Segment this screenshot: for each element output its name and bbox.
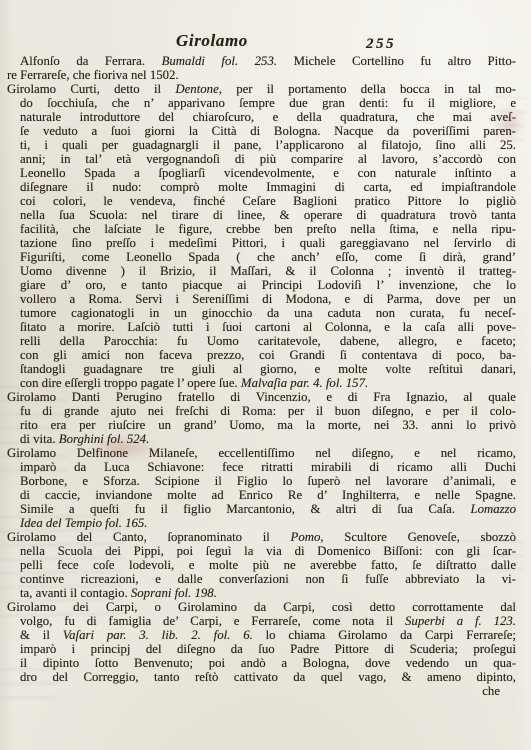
- text-run: ta, avanti il contagio.: [20, 586, 131, 600]
- text-line: Girolamo Curti, detto il Dentone, per il…: [7, 82, 516, 96]
- text-line: ta, avanti il contagio. Soprani fol. 198…: [7, 586, 516, 600]
- text-run: nella ſua Scuola: nel tirare di linee, &…: [20, 208, 516, 222]
- text-line: vollero a Roma. Servì i Sereniſſimi di M…: [7, 292, 516, 306]
- text-run: volgo, fu di famiglia de’ Carpi, e Ferra…: [20, 614, 405, 628]
- text-run: Borbone, e Sforza. Scipione il Figlio lo…: [20, 474, 516, 488]
- text-run: Michele Cortellino fu altro Pitto-: [277, 54, 516, 68]
- text-line: con dire eſſergli troppo pagate l’ opere…: [7, 376, 516, 390]
- text-line: Girolamo del Canto, ſopranominato il Pom…: [7, 530, 516, 544]
- text-line: coi colori, le vendeva, finché Ceſare Ba…: [7, 194, 516, 208]
- text-line: do ſocchiuſa, che n’ apparivano ſempre d…: [7, 96, 516, 110]
- entry-continuation-alfonso-da-ferrara: Alfonſo da Ferrara. Bumaldi fol. 253. Mi…: [7, 54, 516, 82]
- text-run: Girolamo Curti, detto il: [7, 82, 175, 96]
- text-line: Figuriſti, come Leonello Spada ( che anc…: [7, 250, 516, 264]
- text-run: tumore cagionatogli in un ginocchio da u…: [20, 306, 516, 320]
- text-line: re Ferrareſe, che fioriva nel 1502.: [7, 68, 516, 82]
- text-run: diſegnare il nudo: comprò molte Immagini…: [20, 180, 516, 194]
- text-run: con dire eſſergli troppo pagate l’ opere…: [20, 376, 241, 390]
- text-run: coi colori, le vendeva, finché Ceſare Ba…: [20, 194, 516, 208]
- text-run: nella Scuola dei Pippi, poi ſeguì la via…: [20, 544, 516, 558]
- text-line: Borbone, e Sforza. Scipione il Figlio lo…: [7, 474, 516, 488]
- text-run: ſe veduto a ſuoi giorni la Città di Bolo…: [20, 124, 516, 138]
- text-line: ti, i quali per guadagnargli il pane, l’…: [7, 138, 516, 152]
- citation-italic: Dentone: [175, 82, 218, 96]
- text-line: naturale introduttore del chiaroſcuro, e…: [7, 110, 516, 124]
- text-line: relli della Parocchia: fu Uomo caritatev…: [7, 334, 516, 348]
- citation-italic: Malvaſia par. 4. fol. 157.: [241, 376, 368, 390]
- text-line: ſtandogli guadagnare tre giuli al giorno…: [7, 362, 516, 376]
- page-number: 255: [366, 36, 396, 53]
- text-line: Idea del Tempio fol. 165.: [7, 516, 516, 530]
- text-line: tazione ſino preſſo i medeſimi Pittori, …: [7, 236, 516, 250]
- text-run: , Scultore Genoveſe, sbozzò: [320, 530, 516, 544]
- text-run: Girolamo Danti Perugino fratello di Vinc…: [7, 390, 516, 404]
- text-line: Girolamo Delfinone Milaneſe, eccellentiſ…: [7, 446, 516, 460]
- entry-girolamo-del-canto: Girolamo del Canto, ſopranominato il Pom…: [7, 530, 516, 600]
- text-run: di caccie, inviandone molte ad Enrico Re…: [20, 488, 516, 502]
- text-line: fu di grande ajuto nei freſchi di Roma: …: [7, 404, 516, 418]
- text-run: tazione ſino preſſo i medeſimi Pittori, …: [20, 236, 516, 250]
- text-run: ſitato a morire. Laſciò tutti i ſuoi car…: [20, 320, 516, 334]
- text-run: imparò i principj del diſegno da ſuo Pad…: [20, 642, 516, 656]
- text-run: rito era per riuſcire un grand’ Uomo, ma…: [20, 418, 516, 432]
- entry-girolamo-danti: Girolamo Danti Perugino fratello di Vinc…: [7, 390, 516, 446]
- text-run: pelli fece coſe lodevoli, e molte più ne…: [20, 558, 516, 572]
- text-line: di vita. Borghini fol. 524.: [7, 432, 516, 446]
- text-run: Girolamo del Canto, ſopranominato il: [7, 530, 291, 544]
- text-line: nella Scuola dei Pippi, poi ſeguì la via…: [7, 544, 516, 558]
- text-run: lo chiama Girolamo da Carpi Ferrareſe;: [253, 628, 516, 642]
- text-run: Alfonſo da Ferrara.: [20, 54, 162, 68]
- citation-italic: Lomazzo: [470, 502, 516, 516]
- text-line: anni; in tal’ età vergognandoſi di più c…: [7, 152, 516, 166]
- text-line: di caccie, inviandone molte ad Enrico Re…: [7, 488, 516, 502]
- text-line: facilità, che laſciate le figure, crebbe…: [7, 222, 516, 236]
- text-line: Uomo divenne ) il Brizio, il Maſſari, & …: [7, 264, 516, 278]
- text-line: Girolamo Danti Perugino fratello di Vinc…: [7, 390, 516, 404]
- text-run: Simile a queſti fu il figlio Marcantonio…: [20, 502, 470, 516]
- text-run: Figuriſti, come Leonello Spada ( che anc…: [20, 250, 516, 264]
- running-title: Girolamo: [176, 31, 248, 51]
- text-run: ſtandogli guadagnare tre giuli al giorno…: [20, 362, 516, 376]
- entry-girolamo-dei-carpi: Girolamo dei Carpi, o Girolamino da Carp…: [7, 600, 516, 684]
- citation-italic: Bumaldi fol. 253.: [162, 54, 278, 68]
- page-text-block: Alfonſo da Ferrara. Bumaldi fol. 253. Mi…: [7, 54, 516, 684]
- text-line: Alfonſo da Ferrara. Bumaldi fol. 253. Mi…: [7, 54, 516, 68]
- text-run: Girolamo dei Carpi, o Girolamino da Carp…: [7, 600, 516, 614]
- text-run: il dipinto ſotto Benvenuto; poi andò a B…: [20, 656, 516, 670]
- text-line: imparò da Luca Schiavone: fece ritratti …: [7, 460, 516, 474]
- text-line: Girolamo dei Carpi, o Girolamino da Carp…: [7, 600, 516, 614]
- text-run: Girolamo Delfinone Milaneſe, eccellentiſ…: [7, 446, 516, 460]
- text-line: volgo, fu di famiglia de’ Carpi, e Ferra…: [7, 614, 516, 628]
- text-run: continve ricreazioni, e dalle converſazi…: [20, 572, 516, 586]
- text-run: relli della Parocchia: fu Uomo caritatev…: [20, 334, 516, 348]
- page-header: Girolamo 255: [0, 31, 531, 55]
- text-line: con gli amici non faceva prezzo, coi Gra…: [7, 348, 516, 362]
- text-run: ti, i quali per guadagnargli il pane, l’…: [20, 138, 516, 152]
- text-run: con gli amici non faceva prezzo, coi Gra…: [20, 348, 516, 362]
- text-line: Leonello Spada a ſpogliarſi vicendevolme…: [7, 166, 516, 180]
- text-line: imparò i principj del diſegno da ſuo Pad…: [7, 642, 516, 656]
- text-run: Uomo divenne ) il Brizio, il Maſſari, & …: [20, 264, 516, 278]
- text-run: & il: [20, 628, 63, 642]
- entry-girolamo-curti: Girolamo Curti, detto il Dentone, per il…: [7, 82, 516, 390]
- book-page: Girolamo 255 Alfonſo da Ferrara. Bumaldi…: [0, 0, 531, 750]
- text-run: fu di grande ajuto nei freſchi di Roma: …: [20, 404, 516, 418]
- text-run: giare d’ oro, e tanto piacque ai Princip…: [20, 278, 516, 292]
- text-line: il dipinto ſotto Benvenuto; poi andò a B…: [7, 656, 516, 670]
- text-line: dro del Correggio, tanto reſtò cattivato…: [7, 670, 516, 684]
- entry-girolamo-delfinone: Girolamo Delfinone Milaneſe, eccellentiſ…: [7, 446, 516, 530]
- citation-italic: Pomo: [291, 530, 321, 544]
- text-run: di vita.: [20, 432, 59, 446]
- text-run: re Ferrareſe, che fioriva nel 1502.: [7, 68, 179, 82]
- text-run: anni; in tal’ età vergognandoſi di più c…: [20, 152, 516, 166]
- text-line: Simile a queſti fu il figlio Marcantonio…: [7, 502, 516, 516]
- text-line: pelli fece coſe lodevoli, e molte più ne…: [7, 558, 516, 572]
- text-line: continve ricreazioni, e dalle converſazi…: [7, 572, 516, 586]
- text-run: do ſocchiuſa, che n’ apparivano ſempre d…: [20, 96, 516, 110]
- text-run: vollero a Roma. Servì i Sereniſſimi di M…: [20, 292, 516, 306]
- text-run: dro del Correggio, tanto reſtò cattivato…: [20, 670, 516, 684]
- text-line: ſitato a morire. Laſciò tutti i ſuoi car…: [7, 320, 516, 334]
- text-line: nella ſua Scuola: nel tirare di linee, &…: [7, 208, 516, 222]
- text-run: Leonello Spada a ſpogliarſi vicendevolme…: [20, 166, 516, 180]
- text-line: tumore cagionatogli in un ginocchio da u…: [7, 306, 516, 320]
- text-run: naturale introduttore del chiaroſcuro, e…: [20, 110, 516, 124]
- text-line: diſegnare il nudo: comprò molte Immagini…: [7, 180, 516, 194]
- citation-italic: Borghini fol. 524.: [59, 432, 150, 446]
- text-line: & il Vaſari par. 3. lib. 2. fol. 6. lo c…: [7, 628, 516, 642]
- catchword-row: che: [7, 684, 500, 698]
- text-line: ſe veduto a ſuoi giorni la Città di Bolo…: [7, 124, 516, 138]
- catchword: che: [482, 684, 500, 698]
- text-run: , per il portamento della bocca in tal m…: [219, 82, 516, 96]
- text-line: giare d’ oro, e tanto piacque ai Princip…: [7, 278, 516, 292]
- citation-italic: Idea del Tempio fol. 165.: [20, 516, 148, 530]
- text-run: imparò da Luca Schiavone: fece ritratti …: [20, 460, 516, 474]
- citation-italic: Soprani fol. 198.: [131, 586, 217, 600]
- text-run: facilità, che laſciate le figure, crebbe…: [20, 222, 516, 236]
- citation-italic: Superbi a f. 123.: [405, 614, 516, 628]
- citation-italic: Vaſari par. 3. lib. 2. fol. 6.: [63, 628, 253, 642]
- text-line: rito era per riuſcire un grand’ Uomo, ma…: [7, 418, 516, 432]
